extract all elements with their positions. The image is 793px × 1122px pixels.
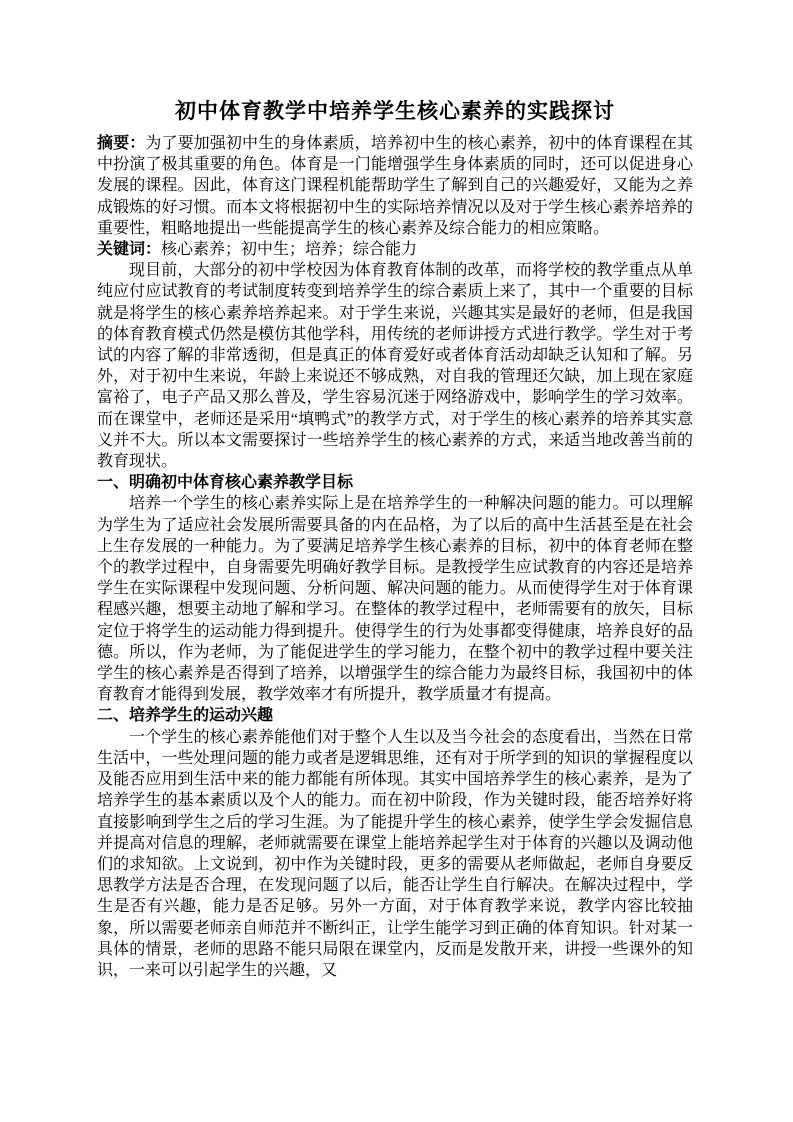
section-1-heading: 一、明确初中体育核心素养教学目标 [97,472,693,493]
keywords-line: 关键词：核心素养；初中生；培养；综合能力 [97,239,693,260]
section-1-body: 培养一个学生的核心素养实际上是在培养学生的一种解决问题的能力。可以理解为学生为了… [97,493,693,705]
abstract-label: 摘要： [97,135,145,152]
document-page: 初中体育教学中培养学生核心素养的实践探讨 摘要：为了要加强初中生的身体素质，培养… [0,0,793,1122]
intro-paragraph: 现目前，大部分的初中学校因为体育教育体制的改革，而将学校的教学重点从单纯应付应试… [97,260,693,472]
abstract-paragraph: 摘要：为了要加强初中生的身体素质，培养初中生的核心素养，初中的体育课程在其中扮演… [97,133,693,239]
abstract-text: 为了要加强初中生的身体素质，培养初中生的核心素养，初中的体育课程在其中扮演了极其… [97,135,693,237]
section-2-heading: 二、培养学生的运动兴趣 [97,705,693,726]
keywords-label: 关键词： [97,241,161,258]
section-2-body: 一个学生的核心素养能他们对于整个人生以及当今社会的态度看出，当然在日常生活中，一… [97,727,693,981]
keywords-text: 核心素养；初中生；培养；综合能力 [161,241,417,258]
document-title: 初中体育教学中培养学生核心素养的实践探讨 [97,96,693,126]
